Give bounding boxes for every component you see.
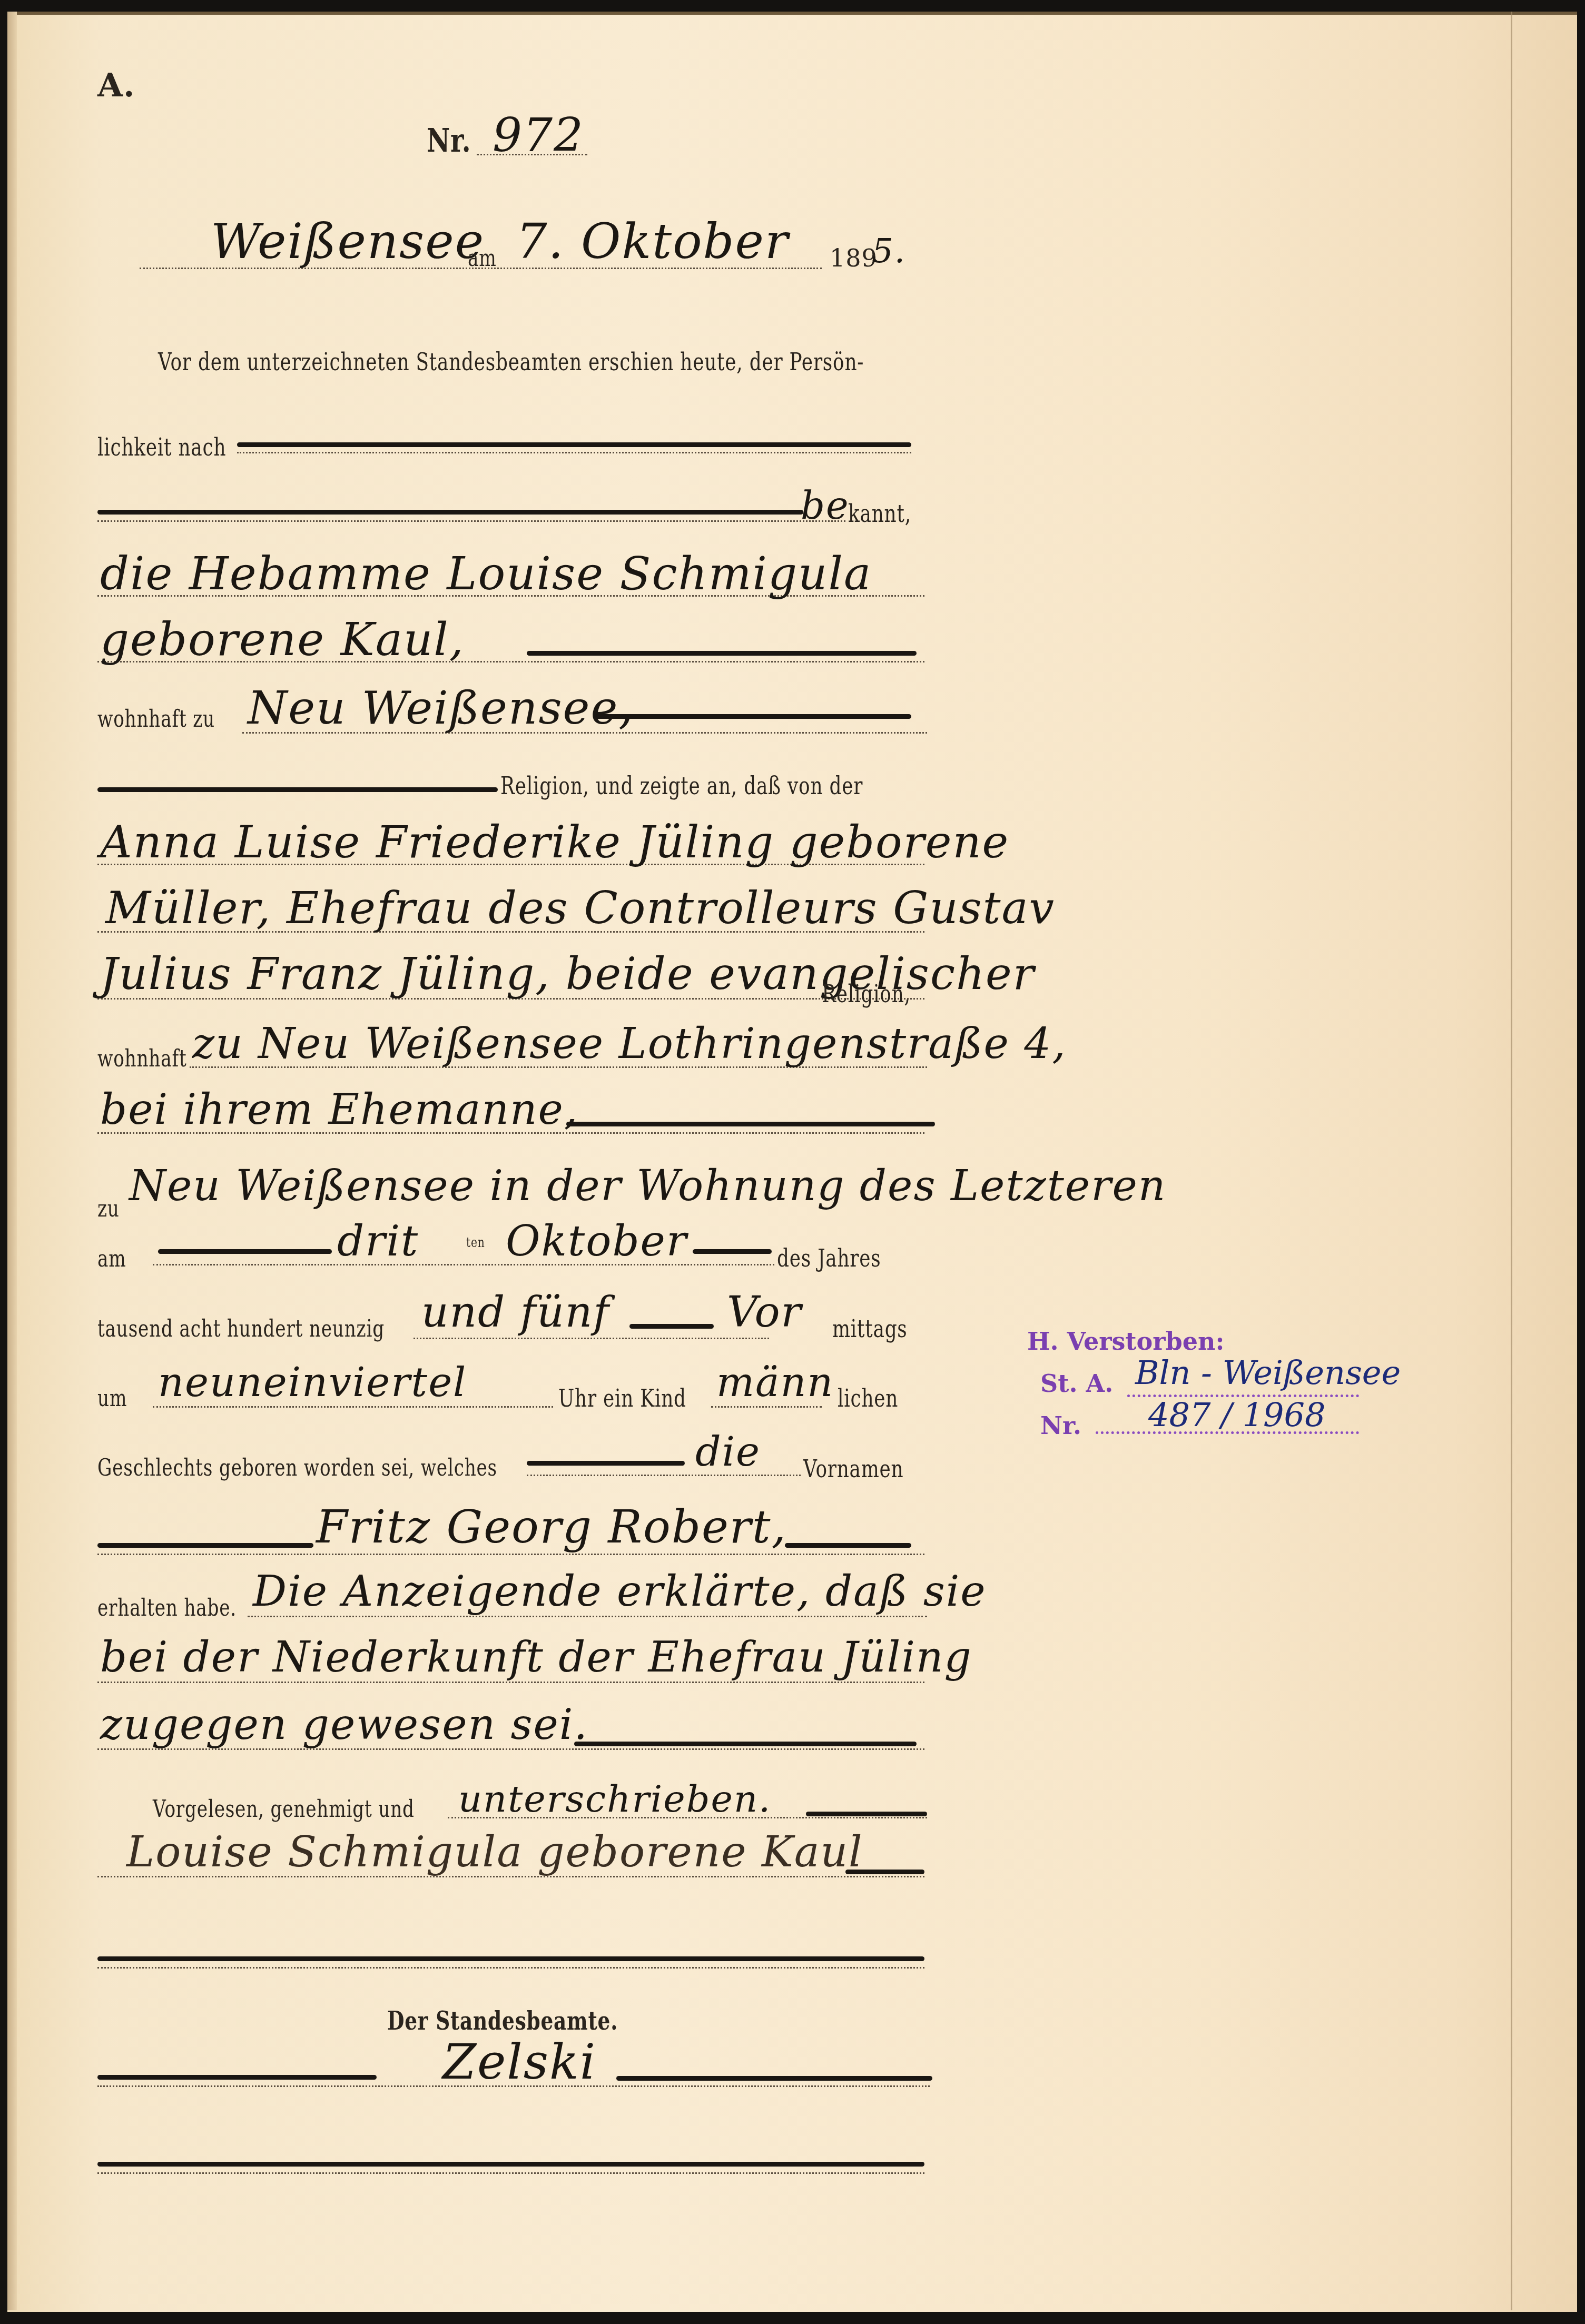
official-signature: Zelski bbox=[442, 2034, 596, 2090]
am-label: am bbox=[468, 245, 497, 272]
dotted-line bbox=[97, 520, 845, 522]
geschlechts-line: Geschlechts geboren worden sei, welches bbox=[97, 1455, 497, 1481]
dotted-line bbox=[97, 1967, 924, 1969]
fill-rule bbox=[158, 1249, 332, 1254]
birth-month: Oktober bbox=[506, 1217, 687, 1265]
fill-rule bbox=[845, 1870, 924, 1874]
uhr-kind: Uhr ein Kind bbox=[558, 1384, 686, 1412]
am-label-2: am bbox=[97, 1245, 126, 1272]
religion-label: Religion, bbox=[822, 980, 911, 1008]
dotted-line bbox=[248, 1616, 927, 1617]
stamp-nr-label: Nr. bbox=[1040, 1411, 1081, 1440]
residence-value: Neu Weißensee, bbox=[248, 682, 634, 735]
fill-rule bbox=[616, 2076, 932, 2081]
vornamen-label: Vornamen bbox=[803, 1455, 903, 1483]
known-print: kannt, bbox=[848, 499, 911, 528]
fill-rule bbox=[97, 787, 498, 792]
informant-name-2: geborene Kaul, bbox=[100, 614, 465, 666]
preamble-line-1: Vor dem unterzeichneten Standesbeamten e… bbox=[158, 348, 864, 376]
official-title: Der Standesbeamte. bbox=[387, 2006, 618, 2036]
die-hand: die bbox=[695, 1428, 761, 1475]
registration-place: Weißensee bbox=[211, 213, 485, 270]
fill-rule bbox=[97, 510, 803, 515]
vor-hand: Vor bbox=[727, 1288, 802, 1337]
scan-border-bottom bbox=[0, 2312, 1585, 2324]
year-words: tausend acht hundert neunzig bbox=[97, 1316, 385, 1342]
fill-rule bbox=[97, 1956, 924, 1961]
fill-rule bbox=[527, 651, 917, 656]
mittags: mittags bbox=[832, 1314, 908, 1343]
known-hand: be bbox=[801, 483, 850, 528]
fill-rule bbox=[574, 1742, 917, 1746]
record-number-label: Nr. bbox=[427, 121, 471, 160]
birth-day: drit bbox=[337, 1217, 419, 1265]
fill-rule bbox=[97, 2162, 924, 2167]
stamp-registry-office: Bln - Weißensee bbox=[1135, 1353, 1401, 1392]
fill-rule bbox=[806, 1812, 927, 1816]
mother-line-2: Müller, Ehefrau des Controlleurs Gustav bbox=[105, 882, 1055, 934]
year-suffix: 5. bbox=[872, 232, 906, 271]
page-fold bbox=[1511, 12, 1512, 2310]
birth-time: neuneinviertel bbox=[158, 1359, 467, 1406]
page-edge bbox=[7, 12, 17, 2310]
informant-name-1: die Hebamme Louise Schmigula bbox=[100, 548, 872, 600]
remark-line-3: zugegen gewesen sei. bbox=[100, 1700, 588, 1749]
unterschrieben-hand: unterschrieben. bbox=[458, 1777, 771, 1821]
residence2-value: zu Neu Weißensee Lothringenstraße 4, bbox=[192, 1019, 1067, 1068]
dotted-line bbox=[711, 1406, 822, 1408]
child-names: Fritz Georg Robert, bbox=[316, 1501, 787, 1554]
lichen: lichen bbox=[838, 1384, 898, 1412]
fill-rule bbox=[785, 1543, 911, 1548]
des-jahres: des Jahres bbox=[777, 1244, 881, 1272]
dotted-line bbox=[97, 2172, 924, 2174]
vorgelesen-label: Vorgelesen, genehmigt und bbox=[153, 1796, 415, 1823]
fill-rule bbox=[595, 714, 911, 719]
fill-rule bbox=[97, 1543, 313, 1548]
religion-line: Religion, und zeigte an, daß von der bbox=[500, 772, 863, 800]
erhalten-habe: erhalten habe. bbox=[97, 1595, 237, 1621]
residence-label: wohnhaft zu bbox=[97, 706, 215, 733]
dotted-line bbox=[97, 1554, 924, 1555]
residence2-label: wohnhaft bbox=[97, 1045, 187, 1072]
year-hand: und fünf bbox=[421, 1288, 610, 1337]
registration-date: 7. Oktober bbox=[516, 213, 789, 270]
scan-border-right bbox=[1580, 0, 1585, 2324]
fill-rule bbox=[566, 1122, 935, 1126]
dotted-line bbox=[414, 1338, 769, 1339]
birthplace-value: Neu Weißensee in der Wohnung des Letzter… bbox=[129, 1161, 1166, 1210]
fill-rule bbox=[97, 2075, 377, 2080]
dotted-line bbox=[237, 452, 911, 453]
year-prefix: 189 bbox=[830, 244, 878, 272]
remark-line-1: Die Anzeigende erklärte, daß sie bbox=[253, 1567, 987, 1616]
series-letter: A. bbox=[97, 66, 135, 104]
informant-signature: Louise Schmigula geborene Kaul bbox=[126, 1827, 863, 1876]
dotted-line bbox=[153, 1406, 553, 1408]
record-number-value: 972 bbox=[493, 108, 584, 162]
fill-rule bbox=[527, 1461, 685, 1466]
um-label: um bbox=[97, 1385, 127, 1412]
fill-rule bbox=[629, 1324, 714, 1329]
stamp-death-record-number: 487 / 1968 bbox=[1148, 1396, 1325, 1434]
birthplace-label: zu bbox=[97, 1195, 120, 1222]
stamp-st-label: St. A. bbox=[1040, 1369, 1113, 1398]
mother-line-1: Anna Luise Friederike Jüling geborene bbox=[100, 816, 1009, 868]
fill-rule bbox=[237, 442, 911, 447]
residence2-cont: bei ihrem Ehemanne, bbox=[100, 1085, 578, 1134]
remark-line-2: bei der Niederkunft der Ehefrau Jüling bbox=[100, 1633, 972, 1682]
fill-rule bbox=[693, 1249, 772, 1254]
dotted-line bbox=[97, 1682, 924, 1683]
child-gender: männ bbox=[716, 1359, 834, 1406]
stamp-verstorben: H. Verstorben: bbox=[1027, 1327, 1224, 1356]
preamble-line-2: lichkeit nach bbox=[97, 433, 226, 461]
day-suffix: ten bbox=[466, 1235, 485, 1251]
